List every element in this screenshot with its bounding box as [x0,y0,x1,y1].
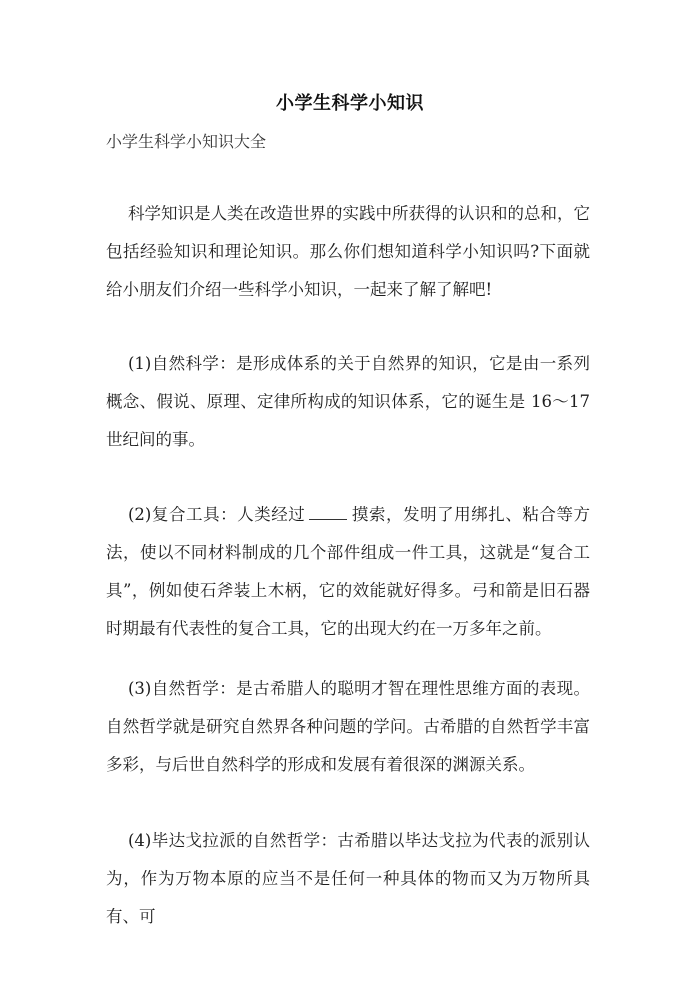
fill-in-blank [309,505,347,520]
item-number: (4) [128,831,151,850]
item-paragraph-4: (4)毕达戈拉派的自然哲学：古希腊以毕达戈拉为代表的派别认为，作为万物本原的应当… [106,822,590,936]
item-text: 自然科学：是形成体系的关于自然界的知识，它是由一系列概念、假说、原理、定律所构成… [106,354,590,449]
document-page: 小学生科学小知识 小学生科学小知识大全 科学知识是人类在改造世界的实践中所获得的… [0,0,700,991]
item-paragraph-1: (1)自然科学：是形成体系的关于自然界的知识，它是由一系列概念、假说、原理、定律… [106,345,590,459]
intro-paragraph: 科学知识是人类在改造世界的实践中所获得的认识和的总和，它包括经验知识和理论知识。… [106,195,590,309]
item-paragraph-2: (2)复合工具：人类经过摸索，发明了用绑扎、粘合等方法，使以不同材料制成的几个部… [106,496,590,648]
item-number: (2) [128,505,151,524]
item-text: 毕达戈拉派的自然哲学：古希腊以毕达戈拉为代表的派别认为，作为万物本原的应当不是任… [106,831,590,926]
item-number: (3) [128,679,151,698]
item-number: (1) [128,354,151,373]
item-text-after-blank: 摸索，发明了用绑扎、粘合等方法，使以不同材料制成的几个部件组成一件工具，这就是“… [106,505,590,638]
document-title: 小学生科学小知识 [0,92,700,116]
item-text-before-blank: 复合工具：人类经过 [151,505,305,524]
document-subtitle: 小学生科学小知识大全 [106,130,266,154]
item-text: 自然哲学：是古希腊人的聪明才智在理性思维方面的表现。自然哲学就是研究自然界各种问… [106,679,590,774]
item-paragraph-3: (3)自然哲学：是古希腊人的聪明才智在理性思维方面的表现。自然哲学就是研究自然界… [106,670,590,784]
